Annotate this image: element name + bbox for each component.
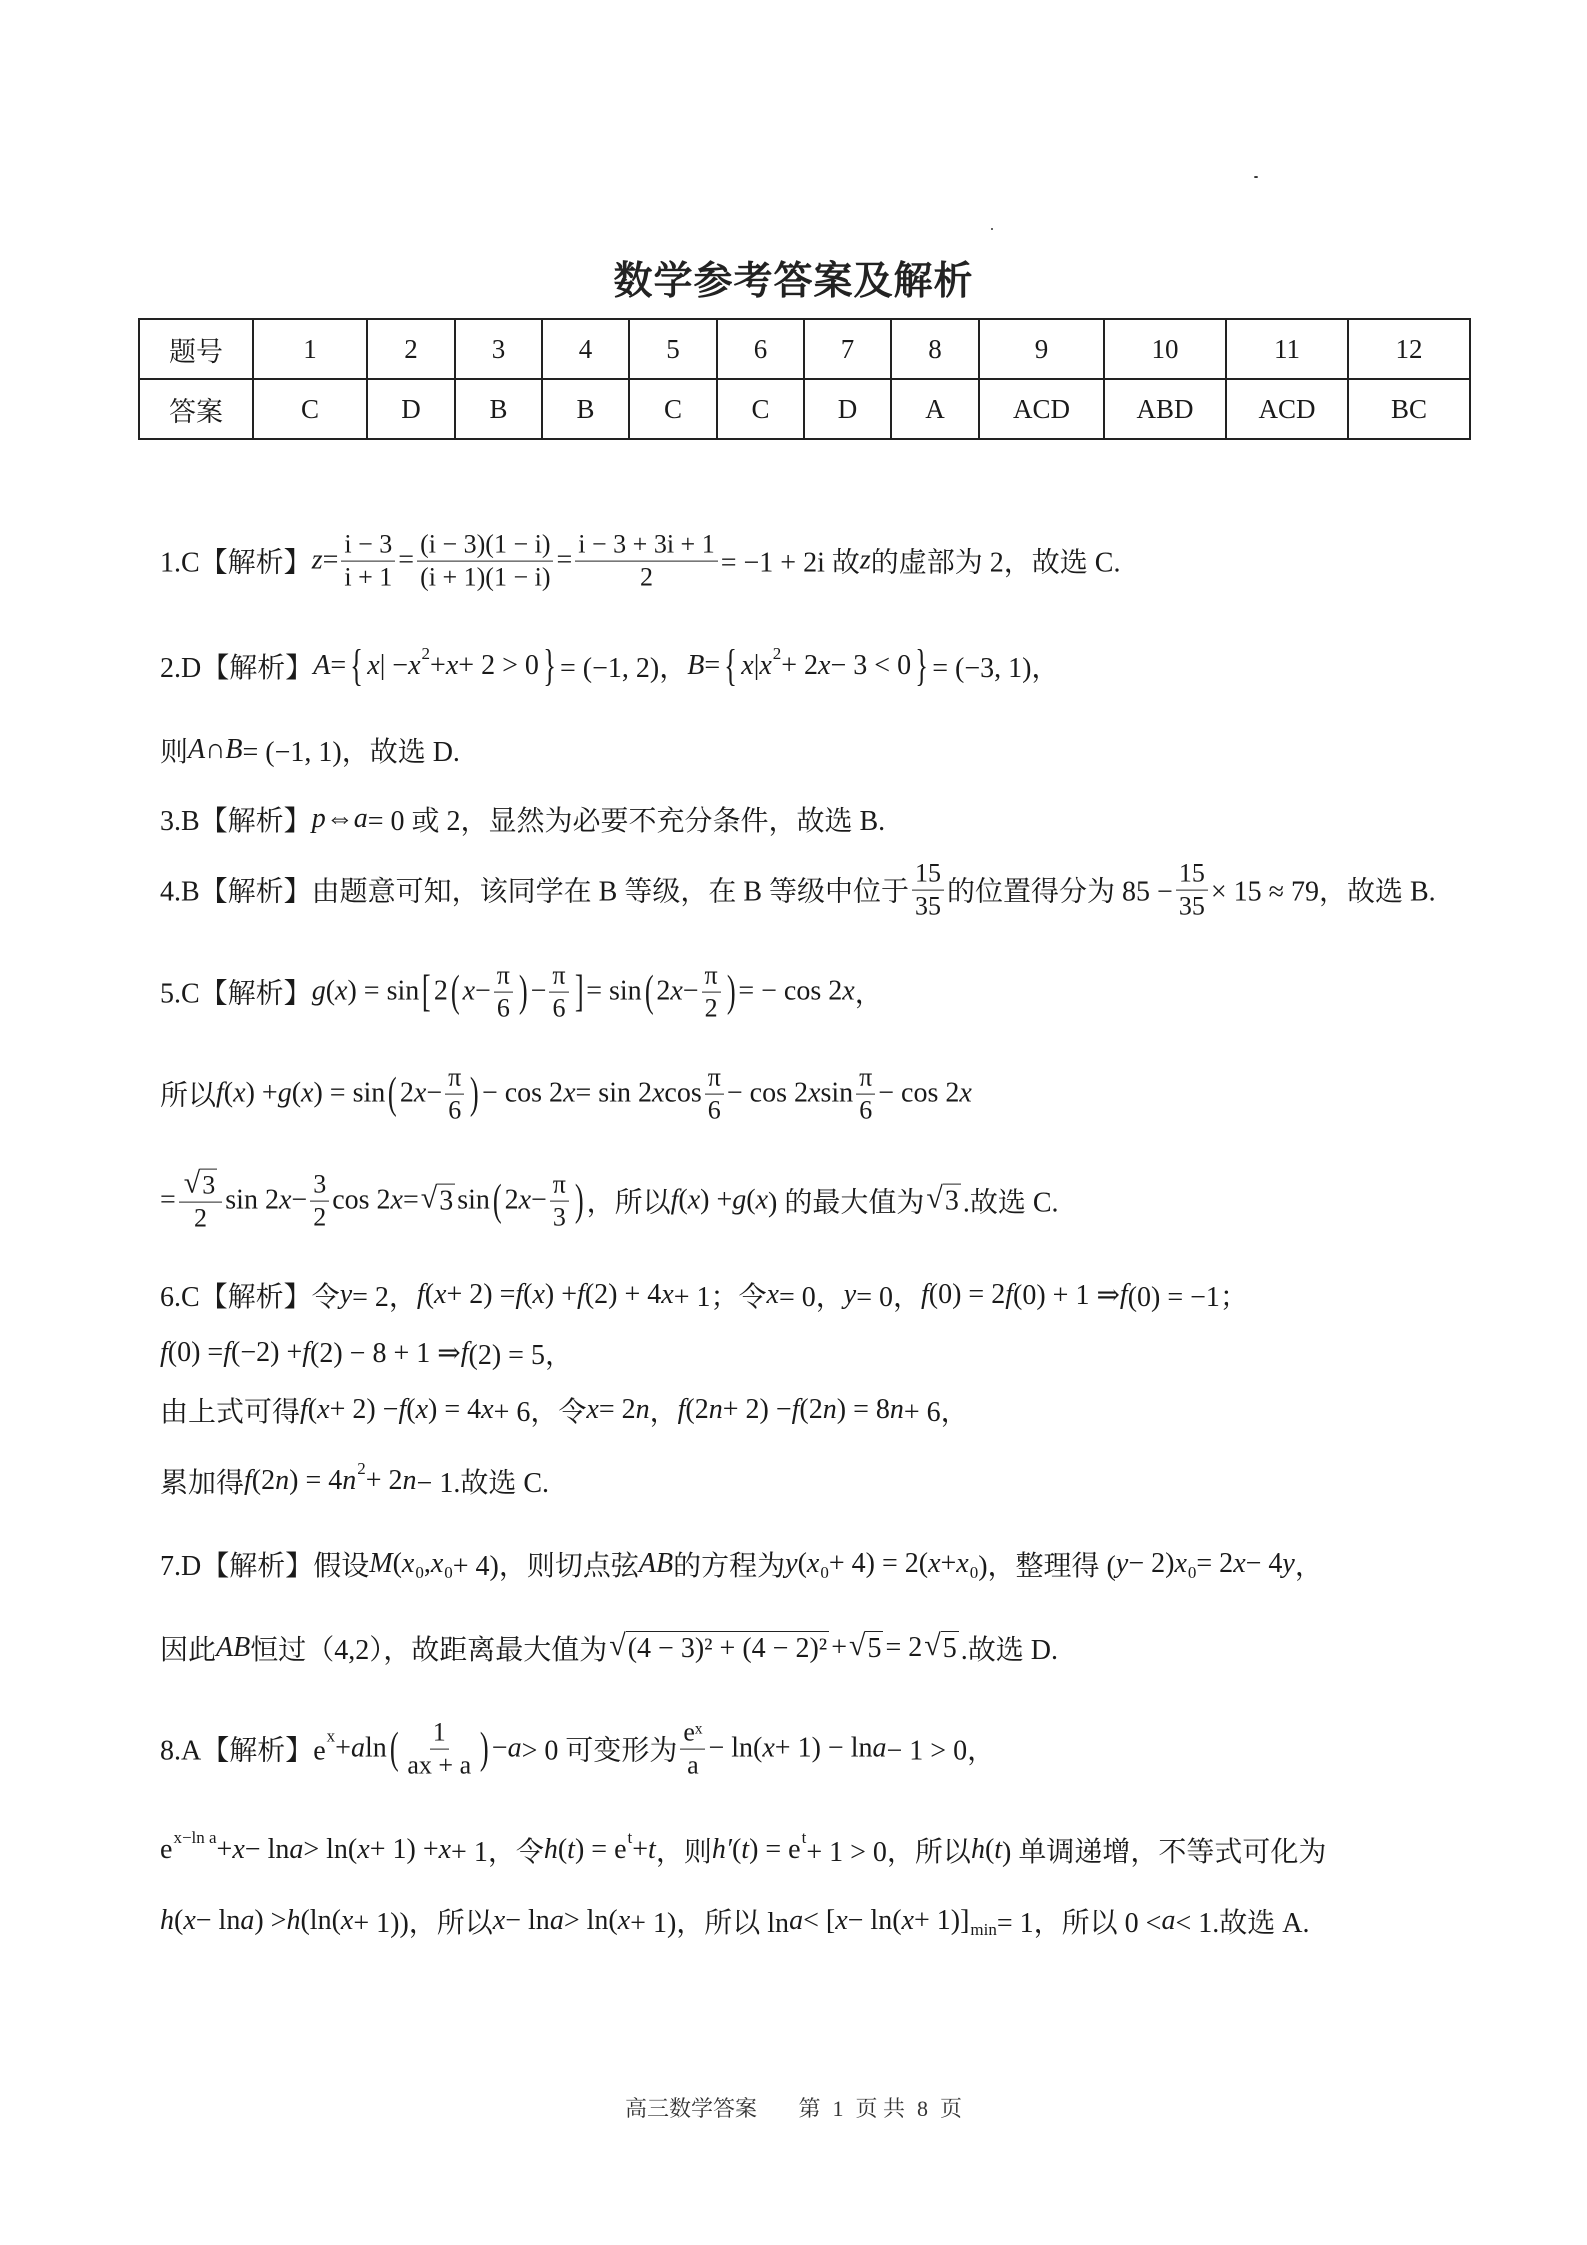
text-run: = 0 或 2，显然为必要不充分条件，故选 B. (368, 799, 885, 839)
text-run: − (531, 1185, 547, 1217)
text-run: = − cos 2 (738, 976, 842, 1008)
text-run: = 0， (779, 1275, 844, 1315)
answer-cell: D (804, 379, 891, 439)
math-variable: x (232, 1834, 244, 1866)
math-variable: x (688, 1185, 700, 1217)
math-variable: f (216, 1078, 224, 1110)
fraction: i − 3 + 3i + 12 (575, 530, 717, 593)
fraction: 32 (310, 1170, 329, 1233)
solution-line: 8.A【解析】ex+a ln(1ax + a) − a > 0 可变形为 eˣa… (160, 1718, 995, 1781)
answer-cell: C (253, 379, 367, 439)
text-run: + 2) − (330, 1394, 399, 1426)
fraction-numerator: (i − 3)(1 − i) (417, 530, 553, 562)
fraction-denominator: 2 (637, 562, 656, 593)
math-variable: x (661, 1279, 673, 1311)
math-variable: x (301, 1078, 313, 1110)
text-run: > 0 可变形为 (522, 1729, 678, 1769)
text-run: 恒过（4,2），故距离最大值为 (250, 1628, 607, 1668)
text-run: + 1；令 (674, 1275, 767, 1315)
math-variable: x (481, 1394, 493, 1426)
fraction-denominator: 2 (702, 993, 721, 1024)
bracket: ) (480, 1727, 489, 1771)
math-variable: n (636, 1394, 650, 1426)
subscript: min (970, 1920, 996, 1940)
math-variable: x (835, 1905, 847, 1937)
math-variable: n (823, 1394, 837, 1426)
fraction-numerator: 15 (1176, 859, 1208, 891)
answer-cell: ABD (1104, 379, 1226, 439)
fraction-denominator: 35 (1176, 891, 1208, 922)
text-run: − (475, 976, 491, 1008)
math-variable: f (398, 1394, 406, 1426)
text-run: + 2) = (446, 1279, 515, 1311)
text-run: (0) = 2 (929, 1279, 1005, 1311)
text-run: ( (678, 1185, 687, 1217)
text-run: ) = 4 (289, 1465, 342, 1497)
text-run: = 2 (885, 1632, 922, 1664)
math-variable: f (300, 1394, 308, 1426)
solution-line: 4.B【解析】由题意可知，该同学在 B 等级，在 B 等级中位于1535的位置得… (160, 859, 1436, 922)
text-run: − ln (196, 1905, 241, 1937)
text-run: 的方程为 (673, 1544, 785, 1584)
question-number-cell: 11 (1226, 319, 1348, 379)
text-run: cos (664, 1078, 701, 1110)
math-variable: x (233, 1078, 245, 1110)
math-variable: y (340, 1279, 352, 1311)
text-run: − (683, 976, 699, 1008)
math-variable: x (391, 1185, 403, 1217)
solution-line: 5.C【解析】g(x) = sin[2(x − π6) − π6] = sin(… (160, 961, 883, 1024)
bracket: ( (493, 1179, 502, 1223)
text-run: − 1.故选 C. (417, 1461, 549, 1501)
math-variable: x (652, 1078, 664, 1110)
subscript: 0 (970, 1563, 979, 1583)
math-variable: g (732, 1185, 746, 1217)
math-variable: A (188, 734, 205, 766)
fraction: (i − 3)(1 − i)(i + 1)(1 − i) (417, 530, 553, 593)
math-variable: x (928, 1548, 940, 1580)
solution-line: 则 A ∩ B = (−1, 1)，故选 D. (160, 730, 460, 770)
math-variable: x (762, 1733, 774, 1765)
question-number-cell: 12 (1348, 319, 1470, 379)
math-variable: x (670, 976, 682, 1008)
math-variable: n (709, 1394, 723, 1426)
math-variable: t (567, 1834, 575, 1866)
math-variable: x (956, 1548, 968, 1580)
text-run: cos 2 (332, 1185, 390, 1217)
text-run: > ln( (564, 1905, 618, 1937)
text-run: ) = e (749, 1834, 801, 1866)
math-variable: h′ (712, 1834, 732, 1866)
fraction-numerator: 1 (430, 1718, 449, 1750)
radical-sign-icon: √ (184, 1169, 200, 1201)
text-run: + (430, 650, 446, 682)
bracket: { (350, 644, 363, 688)
math-variable: x (335, 976, 347, 1008)
fraction-numerator: π (705, 1063, 724, 1095)
math-variable: x (563, 1078, 575, 1110)
superscript: 2 (773, 644, 782, 664)
footer-doc-name: 高三数学答案 (625, 2096, 757, 2121)
bracket: { (724, 644, 737, 688)
math-variable: n (890, 1394, 904, 1426)
text-run: ( (746, 1185, 755, 1217)
math-variable: t (648, 1834, 656, 1866)
math-variable: f (223, 1337, 231, 1369)
radical-sign-icon: √ (926, 1184, 942, 1218)
solution-line: 3.B【解析】p ⇔ a = 0 或 2，显然为必要不充分条件，故选 B. (160, 799, 885, 839)
text-run: − ln( (848, 1905, 902, 1937)
text-run: 由上式可得 (160, 1390, 300, 1430)
fraction-numerator: π (856, 1063, 875, 1095)
square-root: √5 (849, 1631, 883, 1665)
math-variable: x (959, 1078, 971, 1110)
fraction-numerator: 3 (310, 1170, 329, 1202)
fraction: 1535 (912, 859, 944, 922)
text-run: | − (380, 650, 408, 682)
math-variable: x (586, 1394, 598, 1426)
text-run: , (424, 1548, 431, 1580)
radicand: 3 (943, 1184, 961, 1218)
fraction: 1ax + a (404, 1718, 474, 1781)
text-run: ( (406, 1394, 415, 1426)
bracket: } (915, 644, 928, 688)
text-run: 5.C【解析】 (160, 972, 312, 1012)
page-title: 数学参考答案及解析 (0, 250, 1587, 306)
fraction: π6 (856, 1063, 875, 1126)
radical-sign-icon: √ (609, 1631, 625, 1665)
text-run: 累加得 (160, 1461, 244, 1501)
solution-line: h(x − ln a) > h(ln(x + 1))，所以 x − ln a >… (160, 1901, 1309, 1941)
math-variable: n (275, 1465, 289, 1497)
footer-page-current: 1 (833, 2096, 844, 2121)
text-run: − 4 (1246, 1548, 1283, 1580)
math-variable: a (550, 1905, 564, 1937)
text-run: ∩ (205, 734, 225, 766)
question-number-row: 题号 123456789101112 (139, 319, 1470, 379)
text-run: e (160, 1834, 172, 1866)
text-run: 2 (434, 976, 448, 1008)
math-variable: f (1120, 1279, 1128, 1311)
math-variable: B (225, 734, 242, 766)
math-variable: a (508, 1733, 522, 1765)
text-run: − cos 2 (482, 1078, 563, 1110)
answer-table: 题号 123456789101112 答案 CDBBCCDAACDABDACDB… (138, 318, 1471, 440)
text-run: ) = sin (347, 976, 419, 1008)
question-number-cell: 4 (542, 319, 629, 379)
text-run: ) 的最大值为 (768, 1181, 924, 1221)
fraction-numerator: √3 (179, 1169, 222, 1203)
math-variable: x (317, 1394, 329, 1426)
text-run: 2 (505, 1185, 519, 1217)
fraction-denominator: 35 (912, 891, 944, 922)
question-number-cell: 1 (253, 319, 367, 379)
fraction-numerator: eˣ (680, 1718, 705, 1750)
text-run: = (556, 545, 572, 577)
text-run: + 1))，所以 (353, 1901, 492, 1941)
text-run: (0) + 1 ⇒ (1013, 1278, 1120, 1312)
text-run: + 2 (781, 650, 818, 682)
math-variable: g (278, 1078, 292, 1110)
text-run: ( (308, 1394, 317, 1426)
fraction: i − 3i + 1 (341, 530, 395, 593)
square-root: √3 (184, 1169, 217, 1201)
text-run: + (831, 1632, 847, 1664)
answer-cell: A (891, 379, 979, 439)
radical-sign-icon: √ (849, 1631, 865, 1665)
fraction-numerator: π (550, 1170, 569, 1202)
math-variable: x (357, 1834, 369, 1866)
math-variable: x (439, 1834, 451, 1866)
math-variable: f (417, 1279, 425, 1311)
text-run: ( (326, 976, 335, 1008)
text-run: (2 (799, 1394, 822, 1426)
fraction-denominator: 3 (550, 1202, 569, 1233)
math-variable: f (244, 1465, 252, 1497)
math-variable: z (860, 545, 871, 577)
footer-page-mid: 页 共 (856, 2096, 906, 2121)
text-run: 6.C【解析】令 (160, 1275, 340, 1315)
math-variable: h (971, 1834, 985, 1866)
math-variable: x (402, 1548, 414, 1580)
text-run: + 1 > 0，所以 (806, 1830, 971, 1870)
math-variable: y (1116, 1548, 1128, 1580)
text-run: − ln( (708, 1733, 762, 1765)
math-variable: x (341, 1905, 353, 1937)
fraction-numerator: π (549, 961, 568, 993)
text-run: − (492, 1733, 508, 1765)
math-variable: a (789, 1905, 803, 1937)
text-run: = (704, 650, 720, 682)
text-run: − 3 < 0 (830, 650, 911, 682)
math-variable: h (160, 1905, 174, 1937)
text-run: + 1) − ln (775, 1733, 873, 1765)
math-variable: p (312, 803, 326, 835)
bracket: ) (575, 1179, 584, 1223)
text-run: 的虚部为 2，故选 C. (871, 541, 1121, 581)
text-run: ) + (246, 1078, 278, 1110)
math-variable: x (759, 650, 771, 682)
bracket: ( (645, 970, 654, 1014)
text-run: = 2 (599, 1394, 636, 1426)
math-variable: AB (216, 1632, 250, 1664)
question-number-cell: 7 (804, 319, 891, 379)
question-number-cell: 8 (891, 319, 979, 379)
superscript: 2 (357, 1459, 366, 1479)
text-run: ) + (700, 1185, 732, 1217)
fraction-numerator: π (702, 961, 721, 993)
answer-cell: B (542, 379, 629, 439)
text-run: 2.D【解析】 (160, 646, 313, 686)
question-number-cell: 5 (629, 319, 717, 379)
text-run: = 2 (1196, 1548, 1233, 1580)
text-run: + 4)，则切点弦 (453, 1544, 639, 1584)
footer-page-total: 8 (917, 2096, 928, 2121)
math-variable: f (1005, 1279, 1013, 1311)
text-run: ，则 (656, 1830, 712, 1870)
math-variable: n (342, 1465, 356, 1497)
text-run: (2 (252, 1465, 275, 1497)
text-run: ) = sin (313, 1078, 385, 1110)
math-variable: f (515, 1279, 523, 1311)
radicand: 3 (200, 1169, 217, 1201)
math-variable: f (461, 1337, 469, 1369)
math-variable: n (403, 1465, 417, 1497)
question-number-cell: 3 (455, 319, 542, 379)
answer-cell: D (367, 379, 455, 439)
text-run: ) = 8 (837, 1394, 890, 1426)
text-run: = (323, 545, 339, 577)
radical-sign-icon: √ (421, 1184, 437, 1218)
text-run: = (−3, 1)， (932, 646, 1059, 686)
text-run: = sin 2 (576, 1078, 652, 1110)
text-run: > ln( (303, 1834, 357, 1866)
math-variable: h (286, 1905, 300, 1937)
answer-cell: C (629, 379, 717, 439)
text-run: 4.B【解析】由题意可知，该同学在 B 等级，在 B 等级中位于 (160, 870, 909, 910)
text-run: (−2) + (231, 1337, 302, 1369)
math-variable: f (671, 1185, 679, 1217)
fraction-denominator: 6 (494, 993, 513, 1024)
text-run: + (941, 1548, 957, 1580)
fraction-denominator: 6 (549, 993, 568, 1024)
fraction: π3 (550, 1170, 569, 1233)
text-run: 1.C【解析】 (160, 541, 312, 581)
math-variable: y (844, 1279, 856, 1311)
row-header-answer: 答案 (139, 379, 253, 439)
math-variable: h (544, 1834, 558, 1866)
text-run: − cos 2 (727, 1078, 808, 1110)
text-run: ( (292, 1078, 301, 1110)
math-variable: t (741, 1834, 749, 1866)
fraction-denominator: ax + a (404, 1750, 474, 1781)
text-run: = (160, 1185, 176, 1217)
text-run: ⇔ (326, 803, 354, 835)
math-variable: x (493, 1905, 505, 1937)
text-run: + (632, 1834, 648, 1866)
text-run: + 2) − (723, 1394, 792, 1426)
text-run: − (291, 1185, 307, 1217)
text-run: (0) = (168, 1337, 223, 1369)
square-root: √(4 − 3)² + (4 − 2)² (609, 1631, 829, 1665)
text-run: ) = e (575, 1834, 627, 1866)
math-variable: x (532, 1279, 544, 1311)
question-number-cell: 9 (979, 319, 1104, 379)
text-run: 2 (656, 976, 670, 1008)
text-run: ( (798, 1548, 807, 1580)
radicand: 3 (437, 1184, 455, 1218)
text-run: = 1，所以 0 < (997, 1901, 1162, 1941)
fraction-numerator: π (445, 1063, 464, 1095)
math-variable: f (577, 1279, 585, 1311)
text-run: − 1 > 0， (886, 1729, 995, 1769)
text-run: ( (985, 1834, 994, 1866)
text-run: + 1)，所以 ln (630, 1901, 789, 1941)
answer-row: 答案 CDBBCCDAACDABDACDBC (139, 379, 1470, 439)
text-run: + 6，令 (494, 1390, 587, 1430)
square-root: √5 (924, 1631, 958, 1665)
text-run: .故选 D. (961, 1628, 1058, 1668)
fraction: π6 (494, 961, 513, 1024)
text-run: ) + (545, 1279, 577, 1311)
text-run: = (−1, 1)，故选 D. (242, 730, 459, 770)
math-variable: a (289, 1834, 303, 1866)
math-variable: B (687, 650, 704, 682)
question-number-cell: 6 (717, 319, 804, 379)
radical-sign-icon: √ (924, 1631, 940, 1665)
fraction-denominator: i + 1 (341, 562, 395, 593)
text-run: ， (650, 1390, 678, 1430)
fraction-denominator: 2 (310, 1202, 329, 1233)
bracket: ) (470, 1072, 479, 1116)
text-run: (2) = 5， (469, 1333, 573, 1373)
square-root: √3 (926, 1184, 960, 1218)
math-variable: x (414, 1078, 426, 1110)
bracket: } (543, 644, 556, 688)
text-run: − ln (505, 1905, 550, 1937)
text-run: − cos 2 (878, 1078, 959, 1110)
text-run: (2) − 8 + 1 ⇒ (310, 1336, 461, 1370)
text-run: ， (855, 972, 883, 1012)
text-run: − ln (245, 1834, 290, 1866)
math-variable: a (1161, 1905, 1175, 1937)
fraction-numerator: i − 3 (341, 530, 395, 562)
text-run: sin (820, 1078, 853, 1110)
solution-line: 7.D【解析】假设 M(x0, x0 + 4)，则切点弦 AB 的方程为 y(x… (160, 1544, 1323, 1584)
bracket: ( (388, 1072, 397, 1116)
text-run: × 15 ≈ 79，故选 B. (1211, 870, 1436, 910)
fraction-numerator: 15 (912, 859, 944, 891)
superscript: 2 (422, 644, 431, 664)
fraction: √32 (179, 1169, 222, 1234)
math-variable: AB (639, 1548, 673, 1580)
bracket: [ (422, 970, 431, 1014)
text-run: + 2 (366, 1465, 403, 1497)
radicand: (4 − 3)² + (4 − 2)² (626, 1631, 829, 1665)
solution-line: 6.C【解析】令 y = 2，f(x + 2) = f(x) + f(2) + … (160, 1275, 1248, 1315)
text-run: (0) = −1； (1128, 1275, 1248, 1315)
fraction-denominator: 6 (705, 1095, 724, 1126)
text-run: ， (1295, 1544, 1323, 1584)
text-run: + (335, 1733, 351, 1765)
fraction: 1535 (1176, 859, 1208, 922)
text-run: 3.B【解析】 (160, 799, 312, 839)
text-run: ( (732, 1834, 741, 1866)
math-variable: z (312, 545, 323, 577)
text-run: − (426, 1078, 442, 1110)
question-number-cell: 10 (1104, 319, 1226, 379)
footer-page-prefix: 第 (798, 2096, 820, 2121)
text-run: 因此 (160, 1628, 216, 1668)
math-variable: x (279, 1185, 291, 1217)
scan-speck (1254, 176, 1258, 178)
math-variable: a (240, 1905, 254, 1937)
math-variable: t (994, 1834, 1002, 1866)
subscript: 0 (415, 1563, 424, 1583)
text-run: + (217, 1834, 233, 1866)
superscript: t (628, 1828, 633, 1848)
math-variable: x (1174, 1548, 1186, 1580)
text-run: < [ (803, 1905, 835, 1937)
math-variable: A (313, 650, 330, 682)
solution-line: 因此 AB 恒过（4,2），故距离最大值为 √(4 − 3)² + (4 − 2… (160, 1628, 1058, 1668)
math-variable: x (408, 650, 420, 682)
bracket: ) (519, 970, 528, 1014)
text-run: .故选 C. (963, 1181, 1059, 1221)
math-variable: x (416, 1394, 428, 1426)
bracket: ) (727, 970, 736, 1014)
fraction-denominator: 2 (191, 1203, 210, 1234)
